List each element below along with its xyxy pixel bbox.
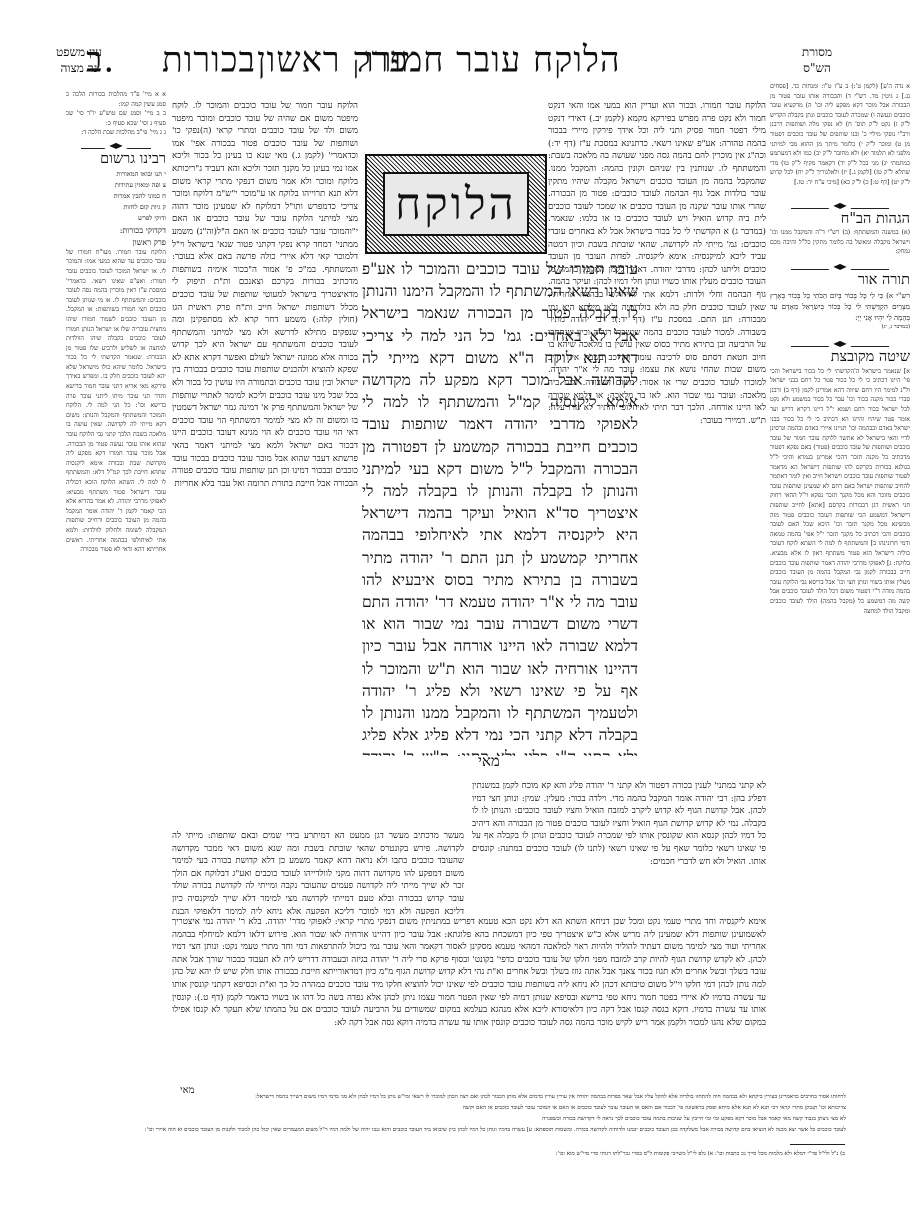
tosafot-bottom-column: אימא ליקנסיה וחד מתרי טעמי נקט ומכל שכן …: [172, 916, 766, 1084]
tosafot-lower-text: מעשר מדכתיב מעשר דגן ממעט הא דמיתרע בידי…: [172, 831, 464, 914]
footer-note-line: לרחותו אסור בחרבים כדאמרינן בעירין ביקתא…: [66, 1092, 846, 1103]
footer-note-line: לא מצי ניצתן בגבוד קשה מאי קאמר אבל מוכר…: [66, 1114, 846, 1125]
gershom-poem: י תנו ובואו המאורות צ ופה ומאזין עתידות …: [66, 169, 166, 224]
masoret-text: א נדה ה'ע] (לקמן ט':) ב ע"ז ט"ו: ומנחות …: [770, 82, 910, 188]
torah-or-title: תורה אור: [770, 276, 910, 286]
poem-line: ודוקי לפרש: [66, 213, 166, 224]
ornament-divider: [791, 204, 889, 212]
shita-title: שיטה מקובצת: [770, 353, 910, 363]
tosafot-lower-column: מעשר מדכתיב מעשר דגן ממעט הא דמיתרע בידי…: [172, 830, 464, 914]
poem-line: צ ופה ומאזין עתידות: [66, 180, 166, 191]
footer-note-line: צריכותא וכו' תנבקן מתרי קראי דכי תנא לא …: [66, 1103, 846, 1114]
footer-notes: לרחותו אסור בחרבים כדאמרינן בעירין ביקתא…: [66, 1092, 846, 1136]
rashi-lower-text: לא קתני במתני' לענין בכורה דפטור ולא קתנ…: [472, 781, 766, 867]
gershom-subtitle: דקדוקי בכורות:: [66, 226, 166, 236]
poem-line: ק גיות קום לחזות: [66, 202, 166, 213]
masoret-hashas-header: מסורת הש"ס: [782, 44, 852, 76]
ein-mishpat-entry: ב ב מיי' וסמג שם טוש"ע יו"ד סי' שכ סעיף …: [66, 109, 166, 128]
ein-mishpat-entry: א א מיי' פ"ד מהלכות בכורות הלכה כ סמג עש…: [66, 90, 166, 109]
gemara-catchword: מאי: [478, 752, 500, 771]
torah-or-source: (במדבר ג, יג): [770, 323, 910, 333]
page-number: ב.: [86, 39, 115, 81]
torah-or-text: רש"י א) כִּי לִי כָּל בְּכוֹר בְּיוֹם הַ…: [770, 290, 910, 323]
opening-word-frame: הלוקח: [365, 154, 547, 254]
ornament-divider: [791, 265, 889, 273]
gershom-chapter: פרק ראשון: [66, 238, 166, 248]
poem-line: י תנו ובואו המאורות: [66, 169, 166, 180]
tosafot-bottom-text: אימא ליקנסיה וחד מתרי טעמי נקט ומכל שכן …: [172, 917, 766, 1028]
rashi-lower-column: לא קתני במתני' לענין בכורה דפטור ולא קתנ…: [472, 780, 766, 912]
masoret-label-1: מסורת: [782, 44, 852, 60]
hagahot-text: (א) במשנה והמשתתף: (ב) רש"י ד"ה והמקבל מ…: [770, 228, 910, 257]
gemara-text: עובר חמורו של עובד כוכבים והמוכר לו אע"פ…: [362, 260, 638, 756]
masoret-label-2: הש"ס: [782, 60, 852, 76]
shita-text: א] שנאמר בישראל ה'הקדשתי לי כל בכור בישר…: [770, 367, 910, 616]
ornament-divider: [791, 342, 889, 350]
right-margin-column: א נדה ה'ע] (לקמן ט':) ב ע"ז ט"ו: ומנחות …: [770, 82, 910, 616]
ornament-divider: [81, 144, 151, 152]
gemara-column: עובר חמורו של עובד כוכבים והמוכר לו אע"פ…: [362, 258, 638, 756]
left-margin-column: א א מיי' פ"ד מהלכות בכורות הלכה כ סמג עש…: [66, 90, 166, 555]
opening-word-panel: הלוקח: [383, 172, 529, 236]
chapter-name-title: הלוקח עובר חמורו: [365, 39, 621, 81]
hagahot-title: הגהות הב"ח: [770, 215, 910, 225]
ein-mishpat-entry: ג ג מיי' פי"ב מהלכות שבת הלכה ד:: [66, 128, 166, 138]
gershom-text: הלוקח עובר חמורו. מעו"ח חמורו של עובד כו…: [66, 248, 166, 555]
tractate-title: בכורות: [162, 39, 256, 81]
footnote-rule: [790, 1144, 845, 1145]
tosafot-text: הלוקח עובר חמור של עובד כוכבים והמוכר לו…: [172, 101, 358, 489]
poem-line: ח כמוני להבין אמרות: [66, 191, 166, 202]
opening-word: הלוקח: [395, 179, 517, 230]
footnote-text: ב) נ"ל ולי"ל פר"י דמלא ולא מלמות מכל סיי…: [290, 1150, 845, 1159]
rabbeinu-gershom-title: רבינו גרשום: [66, 155, 166, 165]
footer-note-line: לעובד כוכבים כל אשר יצא מכנה לא הוציאו ב…: [66, 1125, 846, 1136]
tosafot-column: הלוקח עובר חמור של עובד כוכבים והמוכר לו…: [172, 100, 358, 830]
